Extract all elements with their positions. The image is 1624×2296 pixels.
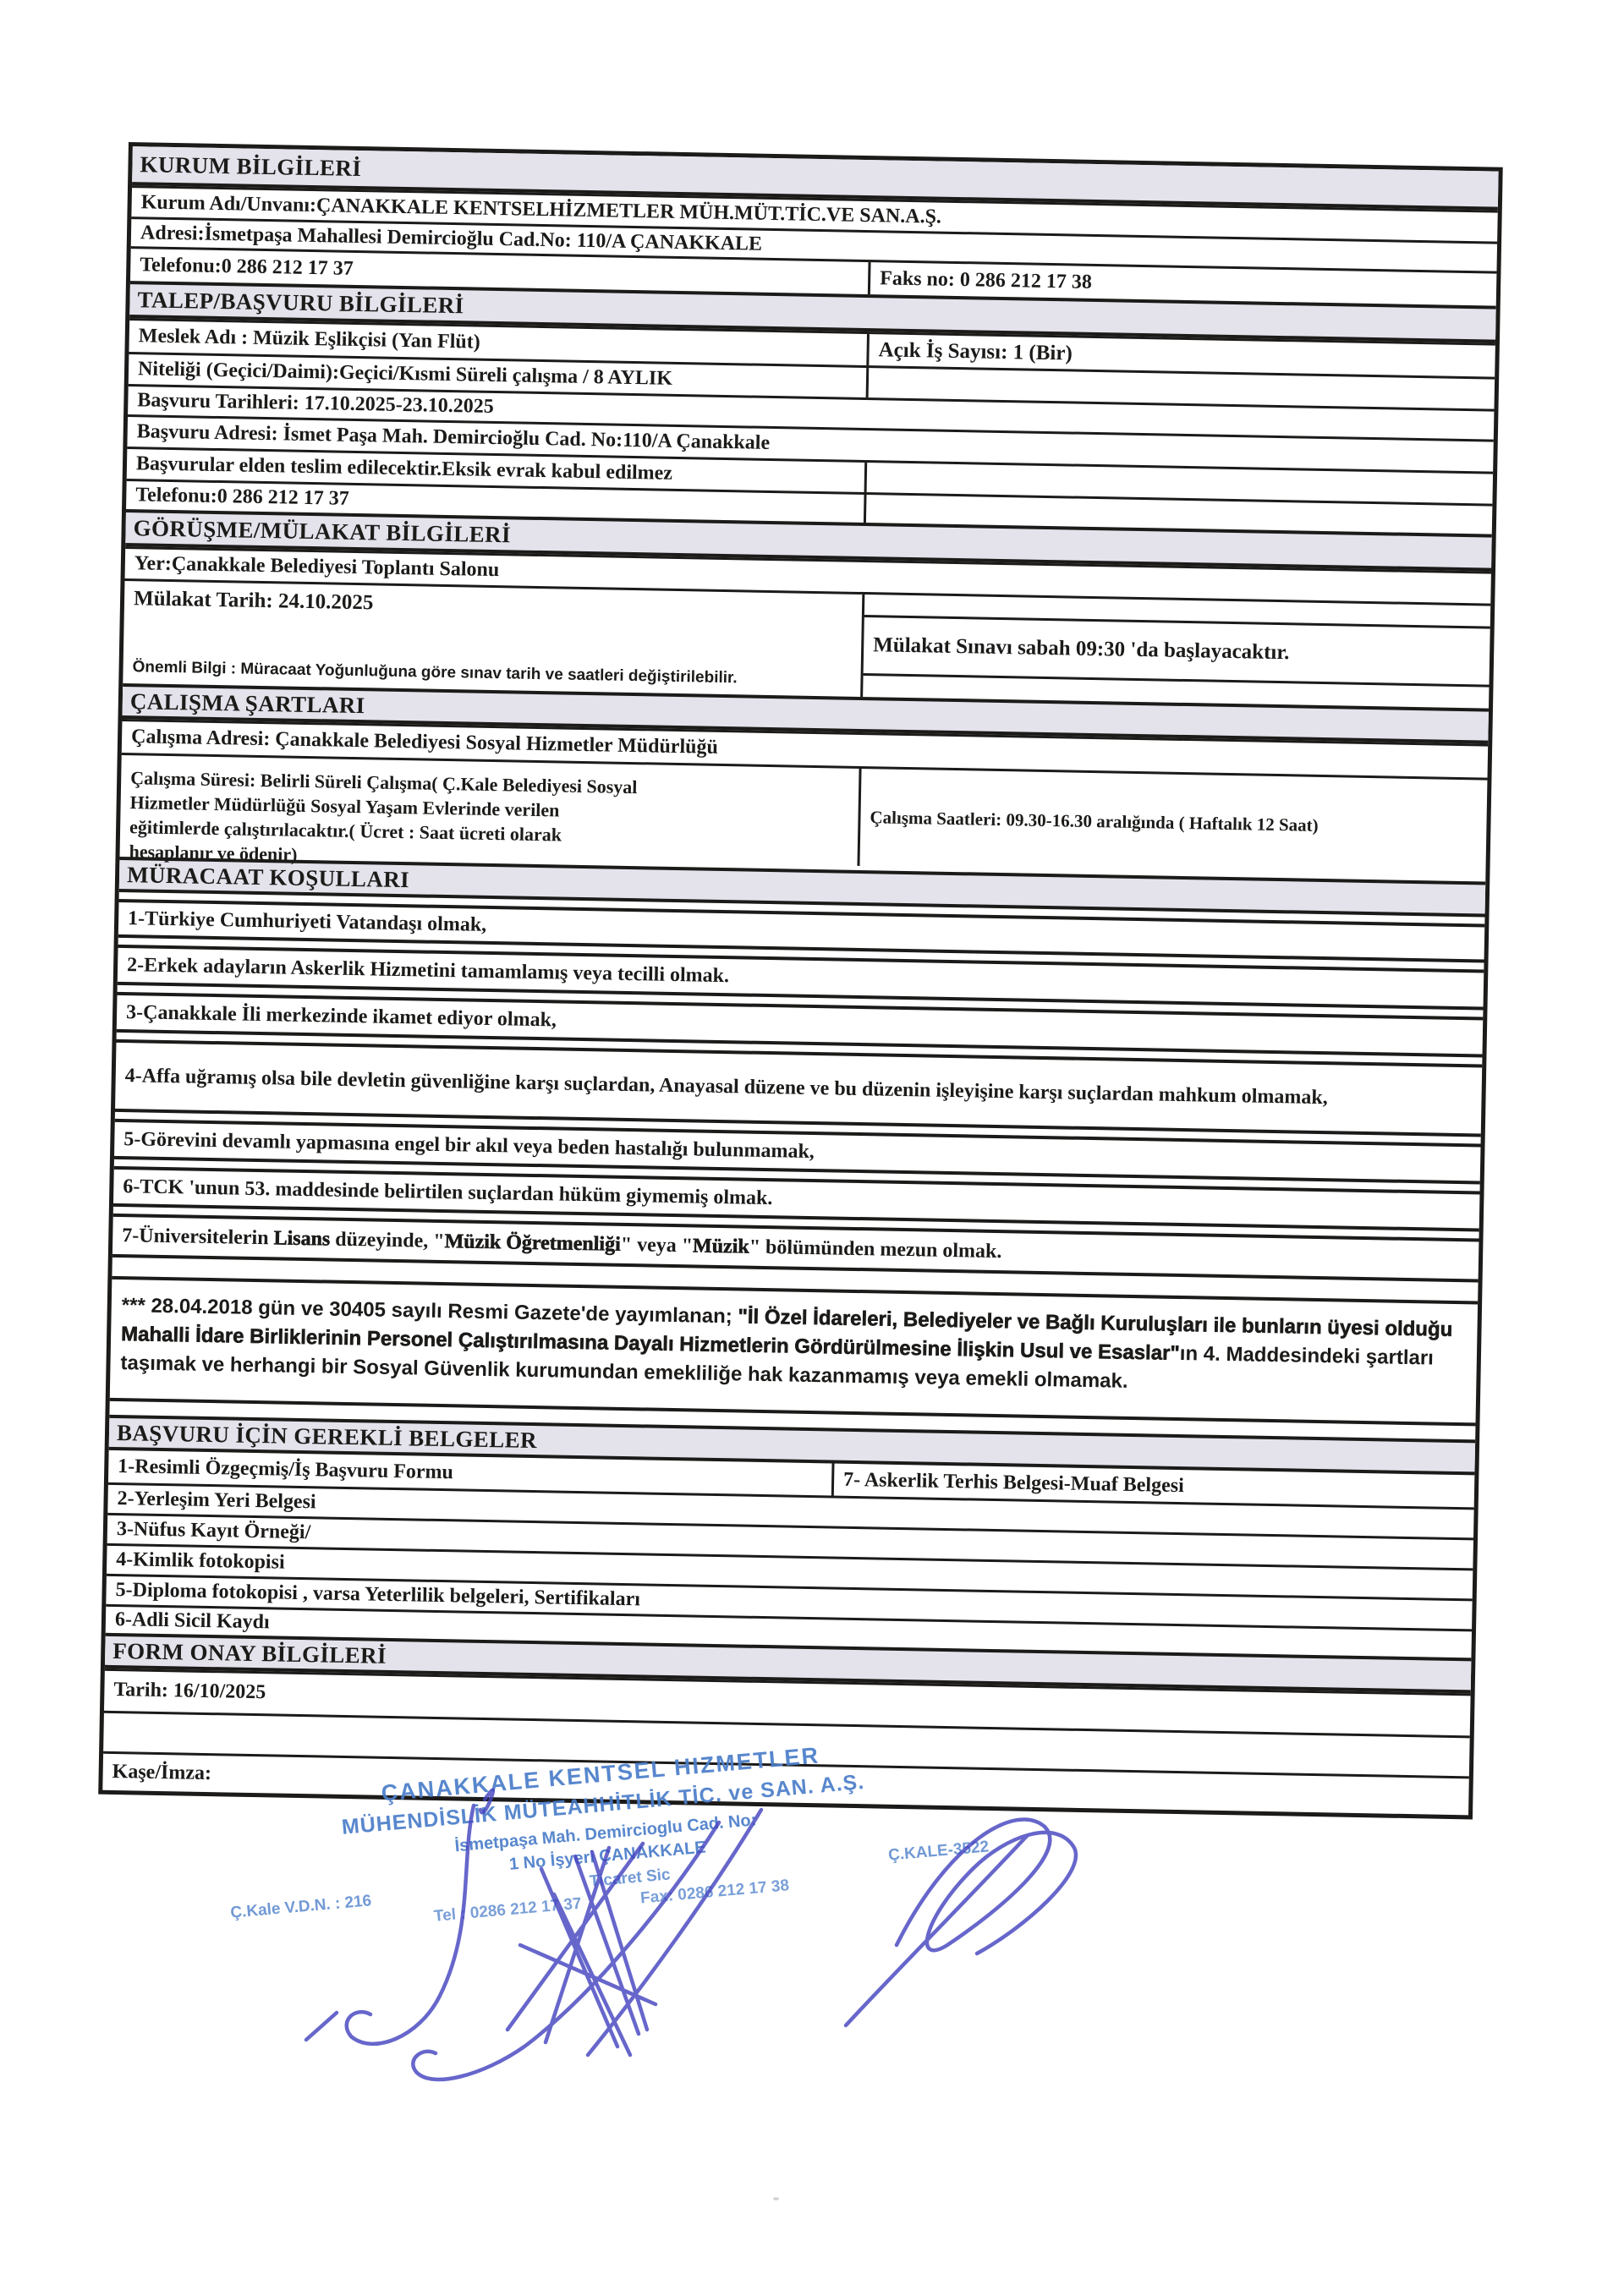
section-title: KURUM BİLGİLERİ: [140, 151, 361, 182]
regulation-note-text: *** 28.04.2018 gün ve 30405 sayılı Resmi…: [120, 1294, 1452, 1393]
belge-4-text: 4-Kimlik fotokopisi: [116, 1548, 285, 1575]
scanned-form-page: KURUM BİLGİLERİ Kurum Adı/Unvanı:ÇANAKKA…: [0, 0, 1624, 2296]
belge-7-text: 7- Askerlik Terhis Belgesi-Muaf Belgesi: [843, 1468, 1184, 1497]
condition-7-part: " bölümünden mezun olmak.: [749, 1236, 1001, 1262]
condition-7-part: " veya ": [621, 1233, 694, 1257]
mulakat-sinav-text: Mülakat Sınavı sabah 09:30 'da başlayaca…: [873, 633, 1290, 665]
cell-mulakat-sinav: Mülakat Sınavı sabah 09:30 'da başlayaca…: [863, 595, 1490, 709]
belge-3-text: 3-Nüfus Kayıt Örneği/: [117, 1518, 311, 1544]
condition-7-part: düzeyinde, ": [330, 1228, 445, 1252]
belge-2-text: 2-Yerleşim Yeri Belgesi: [117, 1488, 315, 1514]
section-title: FORM ONAY BİLGİLERİ: [112, 1637, 387, 1669]
mulakat-tarih-text: Mülakat Tarih: 24.10.2025: [134, 587, 374, 615]
yer-text: Yer:Çanakkale Belediyesi Toplantı Salonu: [134, 552, 500, 582]
condition-2-text: 2-Erkek adayların Askerlik Hizmetini tam…: [127, 954, 729, 988]
condition-7-part: 7-Üniversitelerin: [122, 1225, 274, 1249]
kase-imza-label: Kaşe/İmza:: [112, 1761, 211, 1785]
condition-7-text: 7-Üniversitelerin Lisans düzeyinde, "Müz…: [122, 1225, 1002, 1263]
acik-is-text: Açık İş Sayısı: 1 (Bir): [878, 338, 1073, 365]
regulation-part: *** 28.04.2018 gün ve 30405 sayılı Resmi…: [122, 1294, 738, 1328]
condition-7-bold: Lisans: [273, 1227, 330, 1250]
scan-speck: [773, 2197, 779, 2200]
section-title: BAŞVURU İÇİN GEREKLİ BELGELER: [117, 1420, 537, 1454]
telefonu-text: Telefonu:0 286 212 17 37: [140, 254, 354, 281]
condition-7-bold: Müzik: [693, 1235, 749, 1258]
condition-6-text: 6-TCK 'unun 53. maddesinde belirtilen su…: [123, 1175, 773, 1210]
calisma-saatleri-text: Çalışma Saatleri: 09.30-16.30 aralığında…: [870, 807, 1319, 836]
condition-4-text: 4-Affa uğramış olsa bile devletin güvenl…: [124, 1062, 1328, 1111]
condition-3-text: 3-Çanakkale İli merkezinde ikamet ediyor…: [126, 1001, 557, 1032]
regulation-note-box: *** 28.04.2018 gün ve 30405 sayılı Resmi…: [110, 1276, 1478, 1427]
section-title: TALEP/BAŞVURU BİLGİLERİ: [137, 287, 464, 319]
basvuru-tarihleri-text: Başvuru Tarihleri: 17.10.2025-23.10.2025: [137, 389, 494, 419]
calisma-suresi-text: Çalışma Süresi: Belirli Süreli Çalışma( …: [129, 765, 650, 873]
section-title: GÖRÜŞME/MÜLAKAT BİLGİLERİ: [133, 515, 511, 548]
condition-1-text: 1-Türkiye Cumhuriyeti Vatandaşı olmak,: [128, 907, 487, 937]
talep-telefon-text: Telefonu:0 286 212 17 37: [135, 484, 349, 511]
belge-1-text: 1-Resimli Özgeçmiş/İş Başvuru Formu: [118, 1455, 453, 1484]
cell-calisma-saatleri: Çalışma Saatleri: 09.30-16.30 aralığında…: [859, 769, 1487, 878]
meslek-text: Meslek Adı : Müzik Eşlikçisi (Yan Flüt): [139, 325, 480, 353]
belge-6-text: 6-Adli Sicil Kaydı: [115, 1608, 270, 1634]
cell-calisma-suresi: Çalışma Süresi: Belirli Süreli Çalışma( …: [120, 755, 862, 866]
condition-7-bold: Müzik Öğretmenliği: [444, 1230, 621, 1256]
section-title: ÇALIŞMA ŞARTLARI: [130, 688, 365, 719]
onay-tarih-text: Tarih: 16/10/2025: [113, 1679, 266, 1704]
faks-text: Faks no: 0 286 212 17 38: [880, 267, 1092, 294]
condition-5-text: 5-Görevini devamlı yapmasına engel bir a…: [123, 1128, 815, 1164]
onemli-bilgi-text: Önemli Bilgi : Müracaat Yoğunluğuna göre…: [132, 658, 737, 688]
form-table: KURUM BİLGİLERİ Kurum Adı/Unvanı:ÇANAKKA…: [98, 142, 1503, 1819]
mulakat-sinav-box: Mülakat Sınavı sabah 09:30 'da başlayaca…: [864, 615, 1490, 688]
cell-mulakat-tarih: Mülakat Tarih: 24.10.2025 Önemli Bilgi :…: [123, 581, 864, 697]
section-title: MÜRACAAT KOŞULLARI: [127, 862, 409, 893]
